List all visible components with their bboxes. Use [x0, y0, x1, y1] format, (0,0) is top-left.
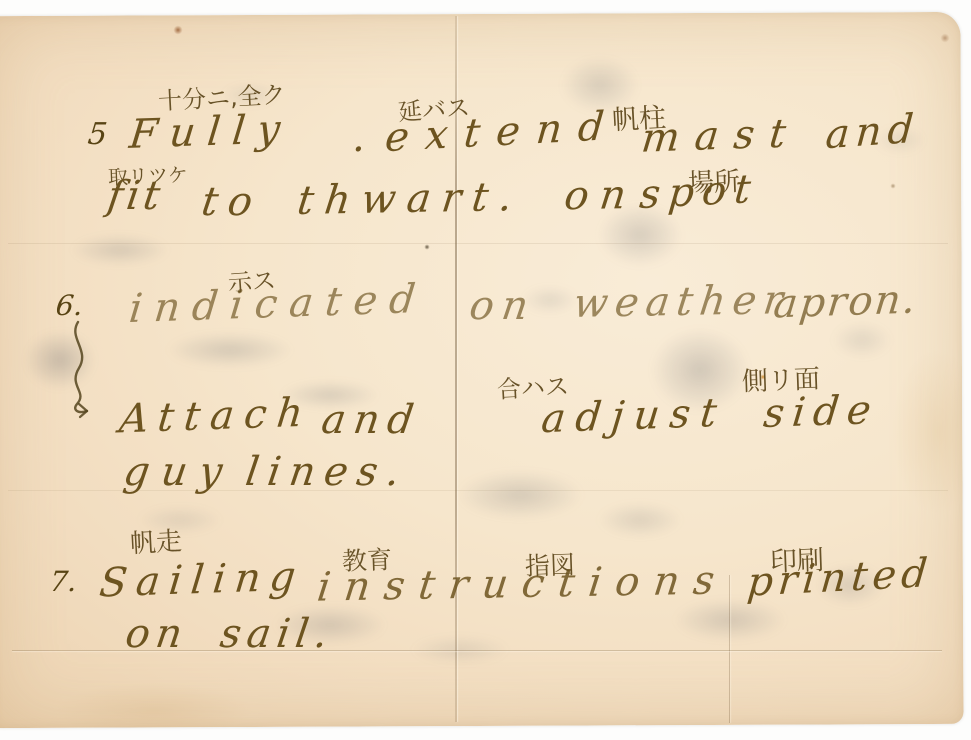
- word-instructions: instructions: [315, 560, 731, 607]
- word-guy: guy: [121, 452, 237, 492]
- word-printed: printed: [746, 553, 934, 603]
- item-number-7: 7.: [49, 568, 79, 596]
- word-side: side: [762, 390, 881, 434]
- word-sailing: Sailing: [97, 556, 306, 603]
- word-adjust: adjust: [539, 393, 728, 439]
- scanned-document: 十分ニ,全ク 延バス 帆柱 5 Fully . extend mast and …: [0, 0, 971, 740]
- word-on-sail: on sail.: [123, 614, 336, 654]
- word-and: and: [319, 400, 424, 440]
- word-attach: Attach: [117, 393, 314, 440]
- word-lines: lines.: [243, 452, 411, 492]
- annotation-sailing: 帆走: [129, 529, 182, 558]
